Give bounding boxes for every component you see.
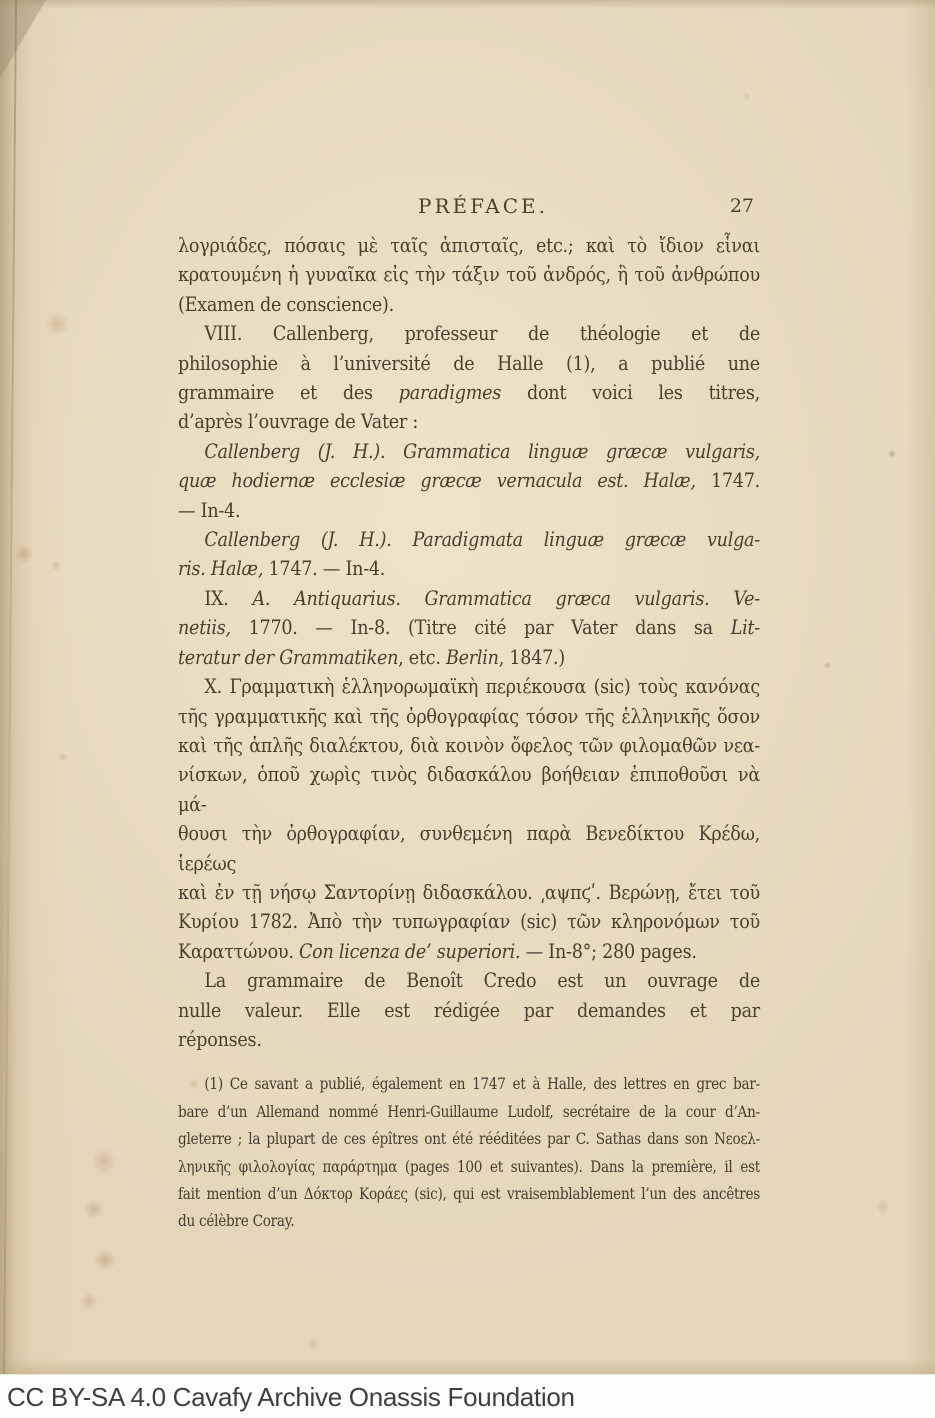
- text-line: Callenberg (J. H.). Grammatica linguæ gr…: [178, 437, 760, 466]
- text-line: La grammaire de Benoît Credo est un ouvr…: [178, 966, 760, 995]
- license-bar: CC BY-SA 4.0 Cavafy Archive Onassis Foun…: [0, 1374, 935, 1418]
- italic-text-run: ris. Halæ,: [178, 556, 263, 580]
- text-line: nulle valeur. Elle est rédigée par deman…: [178, 996, 760, 1025]
- paper-stain: [876, 1200, 890, 1214]
- paper-stain: [80, 1292, 98, 1310]
- italic-text-run: Lit-: [731, 615, 760, 639]
- text-line: καὶ τῆς ἁπλῆς διαλέκτου, διὰ κοινὸν ὄφελ…: [178, 731, 760, 760]
- text-line: teratur der Grammatiken, etc. Berlin, 18…: [178, 643, 760, 672]
- text-run: Καραττώνου.: [178, 939, 299, 963]
- text-line: (Examen de conscience).: [178, 290, 760, 319]
- text-line: (1) Ce savant a publié, également en 174…: [178, 1071, 760, 1098]
- page-corner-shadow: [0, 0, 46, 78]
- italic-text-run: Berlin: [446, 645, 499, 669]
- text-line: réponses.: [178, 1025, 760, 1054]
- text-line: νίσκων, ὁποῦ χωρὶς τινὸς διδασκάλου βοήθ…: [178, 760, 760, 819]
- text-run: X. Γραμματικὴ ἑλληνορωμαϊκὴ περιέκουσα (…: [204, 674, 760, 698]
- text-run: Κυρίου 1782. Ἀπὸ τὴν τυπωγραφίαν (sic) τ…: [178, 909, 760, 933]
- text-run: θουσι τὴν ὀρθογραφίαν, συνθεμένη παρὰ Βε…: [178, 821, 760, 874]
- text-run: , 1847.): [499, 645, 565, 669]
- text-line: philosophie à l’université de Halle (1),…: [178, 349, 760, 378]
- text-line: IX. A. Antiquarius. Grammatica græca vul…: [178, 584, 760, 613]
- text-run: réponses.: [178, 1027, 262, 1051]
- text-line: Callenberg (J. H.). Paradigmata linguæ g…: [178, 525, 760, 554]
- italic-text-run: quæ hodiernæ ecclesiæ græcæ vernacula es…: [178, 468, 696, 492]
- text-line: ris. Halæ, 1747. — In-4.: [178, 554, 760, 583]
- paper-stain: [84, 1198, 104, 1220]
- text-run: νίσκων, ὁποῦ χωρὶς τινὸς διδασκάλου βοήθ…: [178, 762, 760, 815]
- paragraph: (1) Ce savant a publié, également en 174…: [178, 1071, 760, 1235]
- text-run: VIII. Callenberg, professeur de théologi…: [204, 321, 760, 345]
- text-line: VIII. Callenberg, professeur de théologi…: [178, 319, 760, 348]
- paper-stain: [50, 560, 62, 571]
- text-run: 1747. — In-4.: [263, 556, 385, 580]
- text-line: Κυρίου 1782. Ἀπὸ τὴν τυπωγραφίαν (sic) τ…: [178, 907, 760, 936]
- paragraph: λογριάδες, πόσαις μὲ ταῖς ἀπισταῖς, etc.…: [178, 231, 760, 319]
- text-line: grammaire et des paradigmes dont voici l…: [178, 378, 760, 407]
- text-line: λογριάδες, πόσαις μὲ ταῖς ἀπισταῖς, etc.…: [178, 231, 760, 260]
- text-run: καὶ ἐν τῇ νήσῳ Σαντορίνῃ διδασκάλου. ͵αψ…: [178, 880, 760, 904]
- footnote: (1) Ce savant a publié, également en 174…: [178, 1071, 760, 1235]
- italic-text-run: A. Antiquarius. Grammatica græca vulgari…: [252, 586, 759, 610]
- text-run: , etc.: [398, 645, 446, 669]
- paper-stain: [888, 450, 896, 458]
- text-run: 1770. — In-8. (Titre cité par Vater dans…: [231, 615, 731, 639]
- paper-stain: [94, 1248, 116, 1272]
- italic-text-run: Callenberg (J. H.). Paradigmata linguæ g…: [204, 527, 760, 551]
- text-line: fait mention d’un Δόκτορ Κοράες (sic), q…: [178, 1181, 760, 1208]
- paragraph: IX. A. Antiquarius. Grammatica græca vul…: [178, 584, 760, 672]
- paper-stain: [58, 752, 68, 762]
- paragraph: La grammaire de Benoît Credo est un ouvr…: [178, 966, 760, 1054]
- text-line: ληνικῆς φιλολογίας παράρτημα (pages 100 …: [178, 1154, 760, 1181]
- text-run: λογριάδες, πόσαις μὲ ταῖς ἀπισταῖς, etc.…: [178, 233, 760, 257]
- text-run: fait mention d’un Δόκτορ Κοράες (sic), q…: [178, 1185, 760, 1203]
- text-line: — In-4.: [178, 496, 760, 525]
- text-line: τῆς γραμματικῆς καὶ τῆς ὀρθογραφίας τόσο…: [178, 702, 760, 731]
- text-run: nulle valeur. Elle est rédigée par deman…: [178, 998, 760, 1022]
- paper-stain: [824, 662, 831, 669]
- page-number: 27: [730, 195, 754, 217]
- text-run: καὶ τῆς ἁπλῆς διαλέκτου, διὰ κοινὸν ὄφελ…: [178, 733, 760, 757]
- text-run: 1747.: [696, 468, 760, 492]
- license-text: CC BY-SA 4.0 Cavafy Archive Onassis Foun…: [0, 1382, 575, 1413]
- page-title: PRÉFACE.: [206, 194, 760, 218]
- text-run: du célèbre Coray.: [178, 1212, 294, 1230]
- text-line: X. Γραμματικὴ ἑλληνορωμαϊκὴ περιέκουσα (…: [178, 672, 760, 701]
- page-header: PRÉFACE. 27: [178, 194, 760, 224]
- paragraph: X. Γραμματικὴ ἑλληνορωμαϊκὴ περιέκουσα (…: [178, 672, 760, 966]
- italic-text-run: Callenberg (J. H.). Grammatica linguæ gr…: [204, 439, 760, 463]
- text-run: grammaire et des: [178, 380, 399, 404]
- text-run: τῆς γραμματικῆς καὶ τῆς ὀρθογραφίας τόσο…: [178, 704, 760, 728]
- text-line: κρατουμένη ἡ γυναῖκα εἰς τὴν τάξιν τοῦ ἀ…: [178, 260, 760, 289]
- paragraph: Callenberg (J. H.). Grammatica linguæ gr…: [178, 437, 760, 525]
- paragraph: VIII. Callenberg, professeur de théologi…: [178, 319, 760, 437]
- text-run: bare d’un Allemand nommé Henri-Guillaume…: [178, 1103, 760, 1121]
- paper-stain: [44, 312, 70, 336]
- paper-stain: [14, 545, 34, 563]
- scanned-page: PRÉFACE. 27 λογριάδες, πόσαις μὲ ταῖς ἀπ…: [0, 0, 935, 1374]
- text-run: ληνικῆς φιλολογίας παράρτημα (pages 100 …: [178, 1158, 760, 1176]
- text-run: La grammaire de Benoît Credo est un ouvr…: [204, 968, 760, 992]
- text-line: quæ hodiernæ ecclesiæ græcæ vernacula es…: [178, 466, 760, 495]
- text-run: IX.: [204, 586, 252, 610]
- text-run: κρατουμένη ἡ γυναῖκα εἰς τὴν τάξιν τοῦ ἀ…: [178, 262, 760, 286]
- text-run: philosophie à l’université de Halle (1),…: [178, 351, 760, 375]
- paragraphs: λογριάδες, πόσαις μὲ ταῖς ἀπισταῖς, etc.…: [178, 231, 760, 1054]
- text-run: — In-8°; 280 pages.: [520, 939, 696, 963]
- paper-stain: [92, 1148, 116, 1174]
- text-line: θουσι τὴν ὀρθογραφίαν, συνθεμένη παρὰ Βε…: [178, 819, 760, 878]
- text-block: PRÉFACE. 27 λογριάδες, πόσαις μὲ ταῖς ἀπ…: [178, 194, 760, 1236]
- page-edge-crease: [3, 0, 17, 1374]
- paper-stain: [306, 1338, 320, 1350]
- paragraph: Callenberg (J. H.). Paradigmata linguæ g…: [178, 525, 760, 584]
- text-line: d’après l’ouvrage de Vater :: [178, 407, 760, 436]
- text-run: d’après l’ouvrage de Vater :: [178, 409, 418, 433]
- text-line: gleterre ; la plupart de ces épîtres ont…: [178, 1126, 760, 1153]
- text-line: καὶ ἐν τῇ νήσῳ Σαντορίνῃ διδασκάλου. ͵αψ…: [178, 878, 760, 907]
- text-run: — In-4.: [178, 498, 240, 522]
- italic-text-run: netiis,: [178, 615, 231, 639]
- text-line: du célèbre Coray.: [178, 1208, 760, 1235]
- italic-text-run: paradigmes: [399, 380, 501, 404]
- text-run: (Examen de conscience).: [178, 292, 394, 316]
- text-run: (1) Ce savant a publié, également en 174…: [204, 1075, 760, 1093]
- text-line: bare d’un Allemand nommé Henri-Guillaume…: [178, 1099, 760, 1126]
- text-line: netiis, 1770. — In-8. (Titre cité par Va…: [178, 613, 760, 642]
- text-run: dont voici les titres,: [501, 380, 760, 404]
- italic-text-run: teratur der Grammatiken: [178, 645, 398, 669]
- text-run: gleterre ; la plupart de ces épîtres ont…: [178, 1130, 760, 1148]
- paper-stain: [742, 92, 752, 101]
- text-line: Καραττώνου. Con licenza de’ superiori. —…: [178, 937, 760, 966]
- italic-text-run: Con licenza de’ superiori.: [299, 939, 520, 963]
